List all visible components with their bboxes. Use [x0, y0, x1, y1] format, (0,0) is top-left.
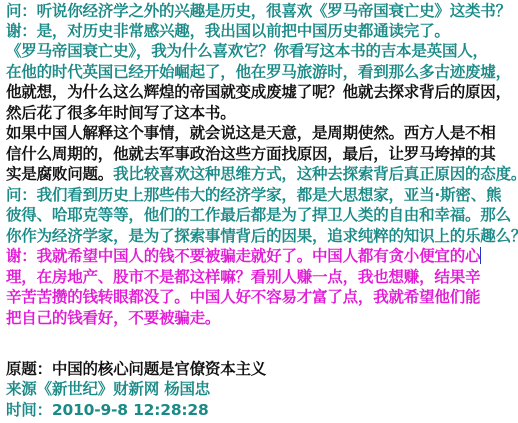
paragraph-line: 他就想，为什么这么辉煌的帝国就变成废墟了呢？他就去探求背后的原因， [6, 82, 511, 102]
paragraph-line: 然后花了很多年时间写了这本书。 [6, 103, 236, 123]
paragraph-line: 问：我们看到历史上那些伟大的经济学家，都是大思想家，亚当·斯密、熊 [6, 185, 501, 205]
paragraph-line: 把自己的钱看好，不要被骗走。 [6, 308, 220, 328]
original-title: 原题：中国的核心问题是官僚资本主义 [6, 359, 266, 379]
paragraph-line: 信什么周期的，他就去军事政治这些方面找原因，最后，让罗马垮掉的其 [6, 144, 496, 164]
paragraph-line: 《罗马帝国衰亡史》，我为什么喜欢它？你看写这本书的吉本是英国人， [6, 41, 488, 61]
paragraph-segment: 我比较喜欢这种思维方式，这种去探索背后真正原因的态度。 [113, 165, 518, 183]
paragraph-line: 理，在房地产、股市不是都这样嘛？看别人赚一点，我也想赚，结果辛 [6, 267, 480, 287]
text-caret [480, 247, 481, 264]
paragraph-line: 问：听说你经济学之外的兴趣是历史，很喜欢《罗马帝国衰亡史》这类书？ [6, 1, 511, 21]
paragraph-line: 如果中国人解释这个事情，就会说这是天意，是周期使然。西方人是不相 [6, 123, 496, 143]
paragraph-line: 你作为经济学家，是为了探索事情背后的因果，追求纯粹的知识上的乐趣么？ [6, 226, 518, 246]
paragraph-line: 谢：是，对历史非常感兴趣，我出国以前把中国历史都通读完了。 [6, 21, 450, 41]
paragraph-line: 在他的时代英国已经开始崛起了，他在罗马旅游时，看到那么多古迹废墟， [6, 62, 511, 82]
paragraph-line: 辛苦苦攒的钱转眼都没了。中国人好不容易才富了点，我就希望他们能 [6, 287, 480, 307]
paragraph-line-editable[interactable]: 谢：我就希望中国人的钱不要被骗走就好了。中国人都有贪小便宜的心 [6, 246, 481, 266]
paragraph-segment: 实是腐败问题。 [6, 165, 113, 183]
paragraph-line: 彼得、哈耶克等等，他们的工作最后都是为了捍卫人类的自由和幸福。那么 [6, 205, 511, 225]
paragraph-text: 谢：我就希望中国人的钱不要被骗走就好了。中国人都有贪小便宜的心 [6, 247, 480, 265]
timestamp: 时间：2010-9-8 12:28:28 [6, 400, 209, 420]
paragraph-line-mixed: 实是腐败问题。我比较喜欢这种思维方式，这种去探索背后真正原因的态度。 [6, 164, 518, 184]
source-line: 来源《新世纪》财新网 杨国忠 [6, 379, 210, 399]
